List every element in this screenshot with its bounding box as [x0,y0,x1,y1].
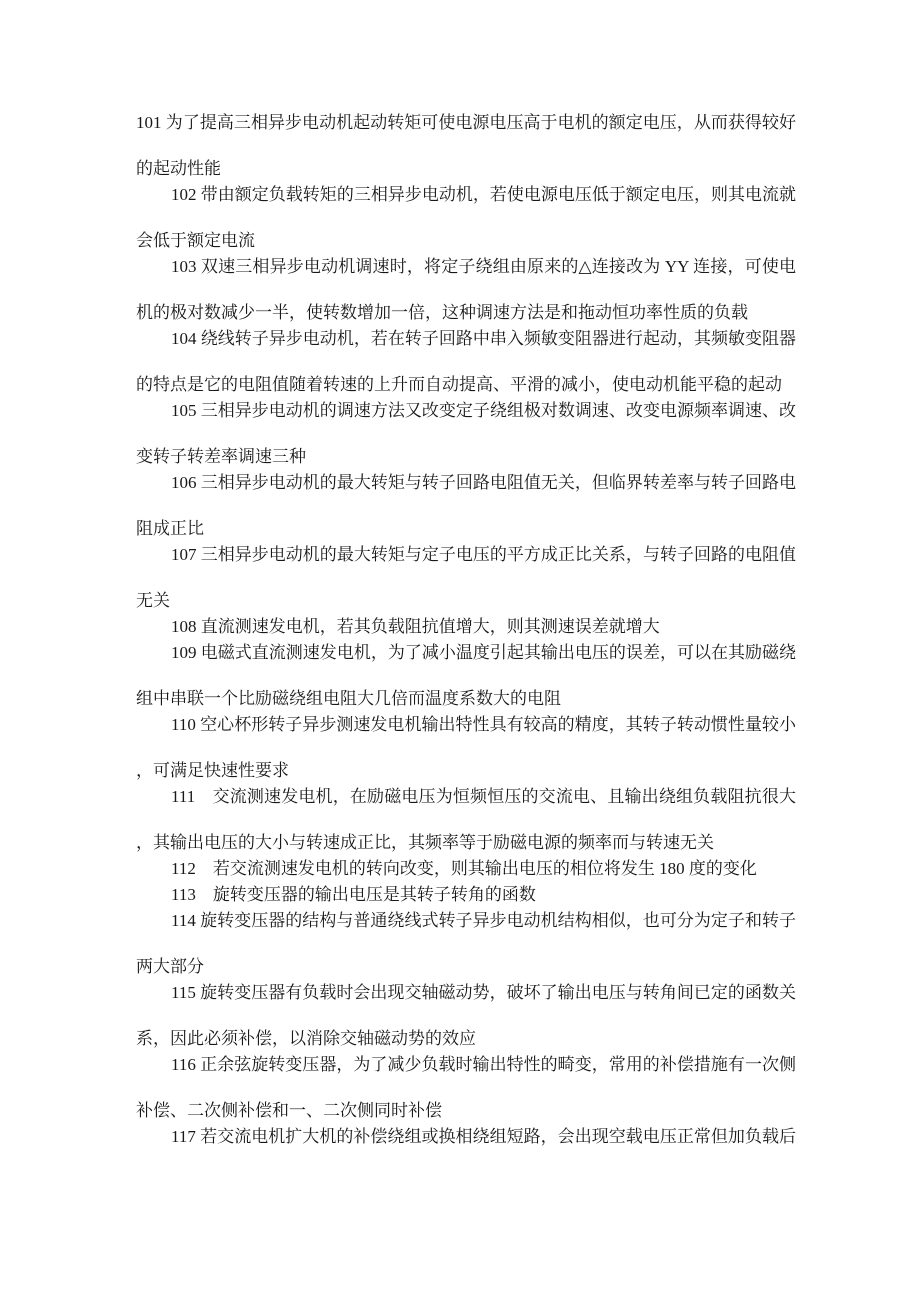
line-111-1: 111 交流测速发电机，在励磁电压为恒频恒压的交流电、且输出绕组负载阻抗很大时 [136,784,796,810]
document-page: 101 为了提高三相异步电动机起动转矩可使电源电压高于电机的额定电压，从而获得较… [0,0,920,1302]
line-102-2: 会低于额定电流 [136,228,796,254]
line-104-2: 的特点是它的电阻值随着转速的上升而自动提高、平滑的减小，使电动机能平稳的起动 [136,372,796,398]
line-102-1: 102 带由额定负载转矩的三相异步电动机，若使电源电压低于额定电压，则其电流就 [136,182,796,208]
line-101-1: 101 为了提高三相异步电动机起动转矩可使电源电压高于电机的额定电压，从而获得较… [136,110,796,136]
line-108-1: 108 直流测速发电机，若其负载阻抗值增大，则其测速误差就增大 [136,614,796,640]
line-116-2: 补偿、二次侧补偿和一、二次侧同时补偿 [136,1098,796,1124]
line-107-1: 107 三相异步电动机的最大转矩与定子电压的平方成正比关系，与转子回路的电阻值 [136,542,796,568]
line-112-1: 112 若交流测速发电机的转向改变，则其输出电压的相位将发生 180 度的变化 [136,856,796,882]
line-106-2: 阻成正比 [136,516,796,542]
line-103-2: 机的极对数减少一半，使转数增加一倍，这种调速方法是和拖动恒功率性质的负载 [136,300,796,326]
line-109-1: 109 电磁式直流测速发电机，为了减小温度引起其输出电压的误差，可以在其励磁绕 [136,640,796,666]
line-110-1: 110 空心杯形转子异步测速发电机输出特性具有较高的精度，其转子转动惯性量较小 [136,712,796,738]
line-109-2: 组中串联一个比励磁绕组电阻大几倍而温度系数大的电阻 [136,686,796,712]
line-114-2: 两大部分 [136,954,796,980]
line-106-1: 106 三相异步电动机的最大转矩与转子回路电阻值无关，但临界转差率与转子回路电 [136,470,796,496]
line-111-2: ，其输出电压的大小与转速成正比，其频率等于励磁电源的频率而与转速无关 [136,830,796,856]
line-114-1: 114 旋转变压器的结构与普通绕线式转子异步电动机结构相似，也可分为定子和转子 [136,908,796,934]
line-115-1: 115 旋转变压器有负载时会出现交轴磁动势，破坏了输出电压与转角间已定的函数关 [136,980,796,1006]
line-104-1: 104 绕线转子异步电动机，若在转子回路中串入频敏变阻器进行起动，其频敏变阻器 [136,326,796,352]
line-101-2: 的起动性能 [136,156,796,182]
line-117-1: 117 若交流电机扩大机的补偿绕组或换相绕组短路，会出现空载电压正常但加负载后 [136,1124,796,1150]
line-115-2: 系，因此必须补偿，以消除交轴磁动势的效应 [136,1026,796,1052]
line-116-1: 116 正余弦旋转变压器，为了减少负载时输出特性的畸变，常用的补偿措施有一次侧 [136,1052,796,1078]
line-113-1: 113 旋转变压器的输出电压是其转子转角的函数 [136,882,796,908]
line-105-1: 105 三相异步电动机的调速方法又改变定子绕组极对数调速、改变电源频率调速、改 [136,398,796,424]
line-110-2: ，可满足快速性要求 [136,758,796,784]
line-103-1: 103 双速三相异步电动机调速时，将定子绕组由原来的△连接改为 YY 连接，可使… [136,254,796,280]
line-107-2: 无关 [136,588,796,614]
line-105-2: 变转子转差率调速三种 [136,444,796,470]
